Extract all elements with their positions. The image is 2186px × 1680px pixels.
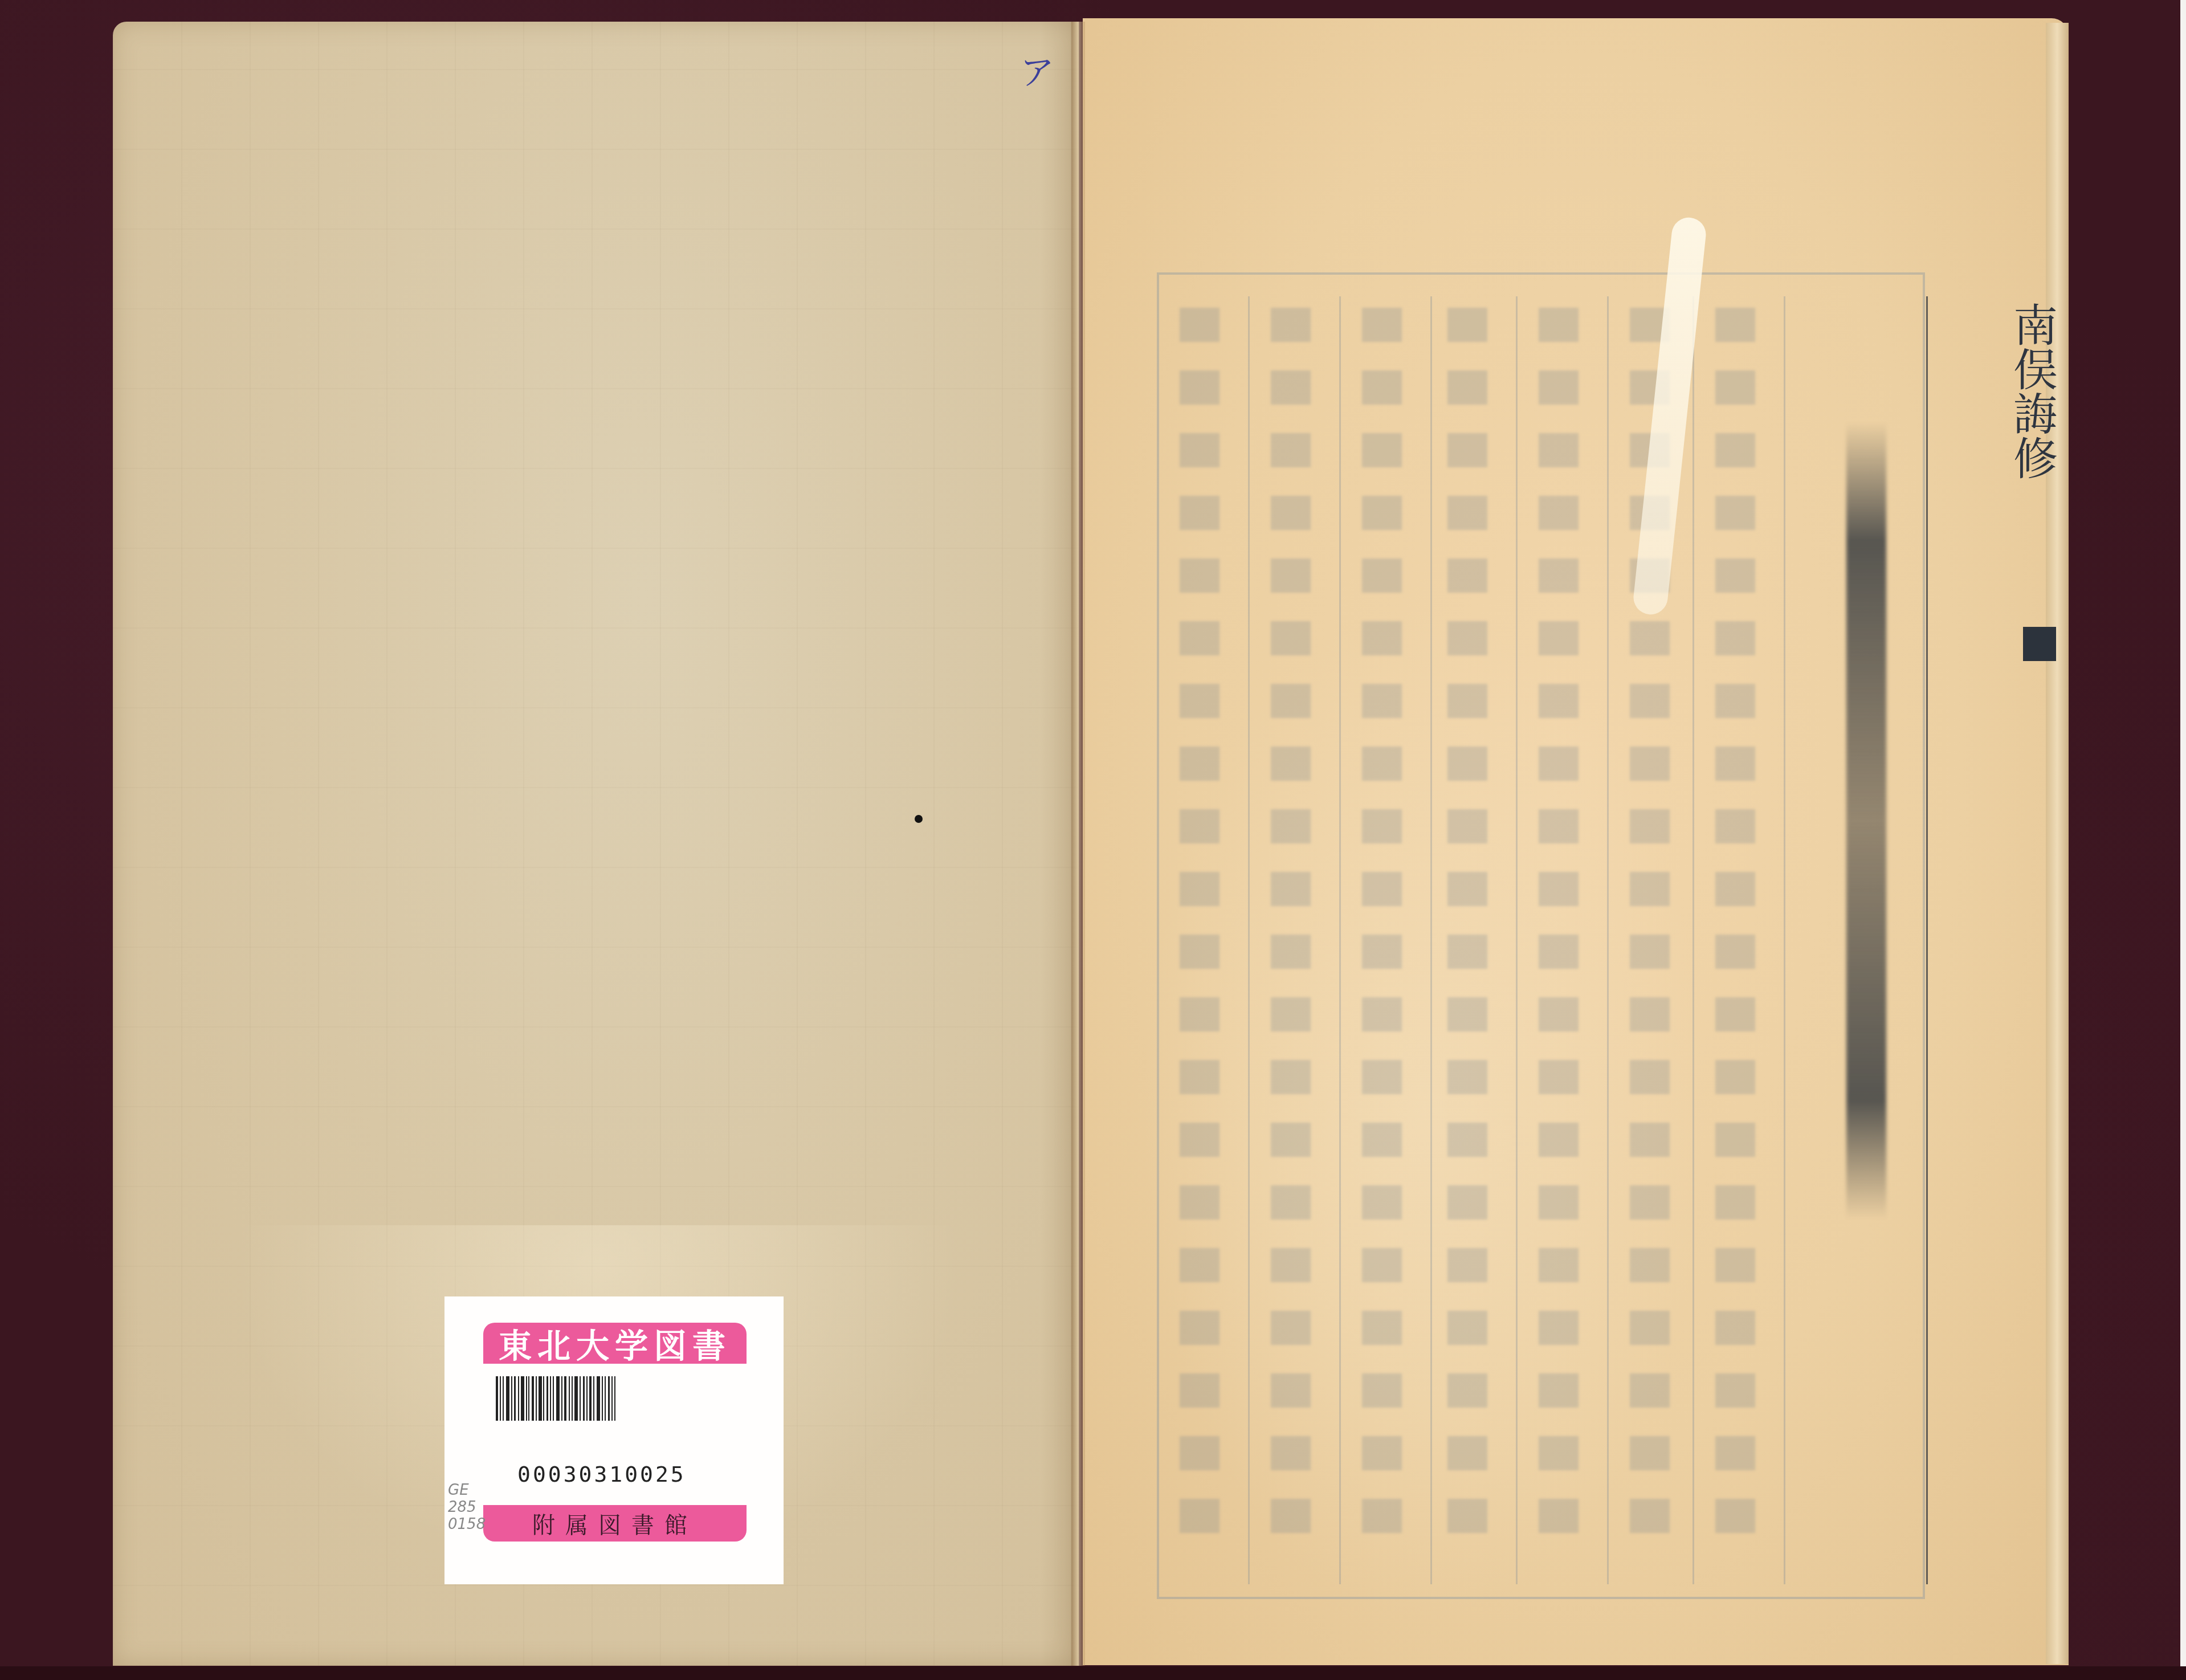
column-rule [1339,296,1341,1584]
ink-dot [915,815,923,823]
column-rule [1248,296,1250,1584]
barcode-icon [496,1376,672,1421]
column-rule [1692,296,1694,1584]
book-gutter [1071,22,1085,1666]
column-rule [1607,296,1609,1584]
ghost-text-column [1180,308,1220,1561]
column-rule [1926,296,1928,1584]
library-label: 東北大学図書 00030310025 附属図書館 [444,1296,784,1584]
scan-bottom [0,1666,2186,1680]
ghost-text-column [1271,308,1311,1561]
fishtail-mark [2023,627,2056,661]
label-subtitle: 附属図書館 [483,1505,747,1542]
call-number-note: GE 285 0158 [448,1482,486,1533]
barcode-number: 00030310025 [517,1462,686,1487]
scan-edge [2180,0,2186,1680]
ink-smudge [1846,422,1886,1220]
ghost-text-column [1539,308,1579,1561]
ghost-text-column [1715,308,1755,1561]
column-rule [1516,296,1518,1584]
ghost-text-column [1362,308,1402,1561]
handwritten-mark: ア [1020,46,1054,95]
column-rule [1784,296,1785,1584]
ghost-text-column [1447,308,1487,1561]
column-rule [1430,296,1432,1584]
header-text: 南俣誨修 [2020,302,2060,480]
label-title: 東北大学図書 [483,1323,747,1364]
